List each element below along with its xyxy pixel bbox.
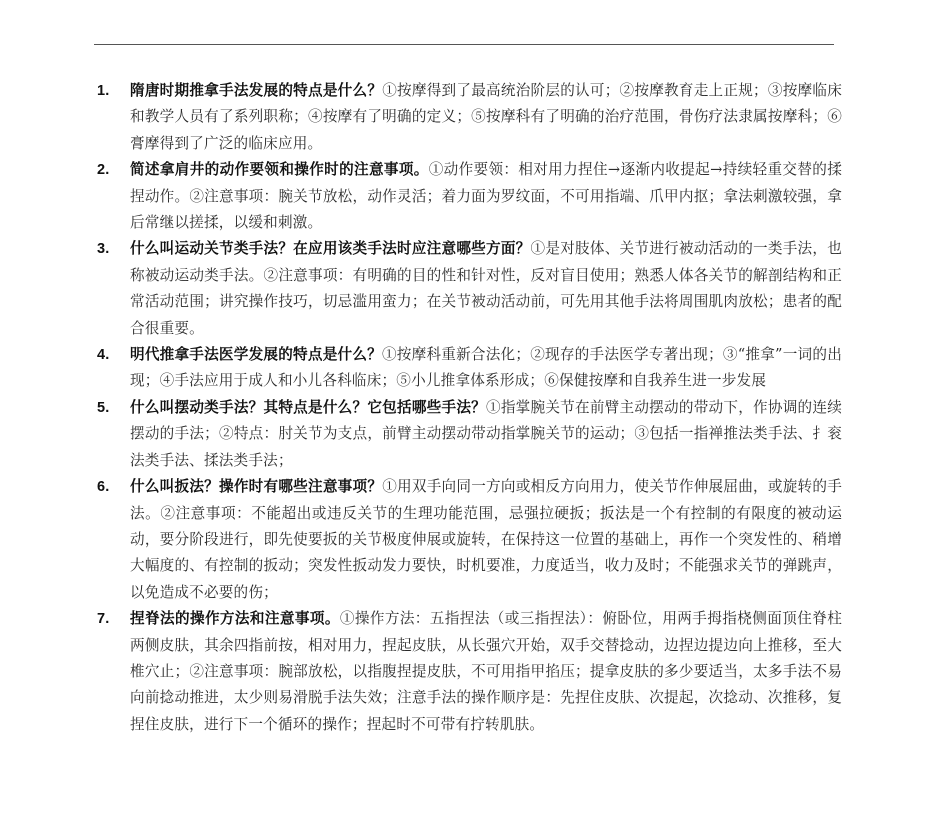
question-text: 隋唐时期推拿手法发展的特点是什么？: [130, 82, 382, 99]
question-text: 捏脊法的操作方法和注意事项。: [130, 610, 340, 627]
qa-item-1: 1.隋唐时期推拿手法发展的特点是什么？①按摩得到了最高统治阶层的认可；②按摩教育…: [97, 78, 842, 157]
qa-item-4: 4.明代推拿手法医学发展的特点是什么？①按摩科重新合法化；②现存的手法医学专著出…: [97, 342, 842, 395]
header-rule-divider: [94, 44, 834, 45]
qa-item-7: 7.捏脊法的操作方法和注意事项。①操作方法：五指捏法（或三指捏法）：俯卧位，用两…: [97, 606, 842, 738]
item-number: 2.: [97, 157, 110, 183]
item-number: 3.: [97, 236, 110, 262]
question-text: 简述拿肩井的动作要领和操作时的注意事项。: [130, 161, 429, 178]
qa-item-2: 2.简述拿肩井的动作要领和操作时的注意事项。①动作要领：相对用力捏住→逐渐内收提…: [97, 157, 842, 236]
answer-text: ①用双手向同一方向或相反方向用力，使关节作伸展屈曲，或旋转的手法。②注意事项：不…: [130, 478, 842, 601]
answer-text: ①操作方法：五指捏法（或三指捏法）：俯卧位，用两手拇指桡侧面顶住脊柱两侧皮肤，其…: [130, 610, 842, 733]
item-number: 6.: [97, 474, 110, 500]
item-number: 1.: [97, 78, 110, 104]
question-text: 什么叫扳法？操作时有哪些注意事项？: [130, 478, 382, 495]
question-text: 明代推拿手法医学发展的特点是什么？: [130, 346, 382, 363]
qa-item-3: 3.什么叫运动关节类手法？在应用该类手法时应注意哪些方面？①是对肢体、关节进行被…: [97, 236, 842, 342]
question-text: 什么叫摆动类手法？其特点是什么？它包括哪些手法？: [130, 399, 486, 416]
item-number: 5.: [97, 395, 110, 421]
item-number: 4.: [97, 342, 110, 368]
document-page: 1.隋唐时期推拿手法发展的特点是什么？①按摩得到了最高统治阶层的认可；②按摩教育…: [0, 0, 937, 824]
qa-item-5: 5.什么叫摆动类手法？其特点是什么？它包括哪些手法？①指掌腕关节在前臂主动摆动的…: [97, 395, 842, 474]
qa-list: 1.隋唐时期推拿手法发展的特点是什么？①按摩得到了最高统治阶层的认可；②按摩教育…: [97, 78, 842, 738]
item-number: 7.: [97, 606, 110, 632]
question-text: 什么叫运动关节类手法？在应用该类手法时应注意哪些方面？: [130, 240, 531, 257]
qa-item-6: 6.什么叫扳法？操作时有哪些注意事项？①用双手向同一方向或相反方向用力，使关节作…: [97, 474, 842, 606]
